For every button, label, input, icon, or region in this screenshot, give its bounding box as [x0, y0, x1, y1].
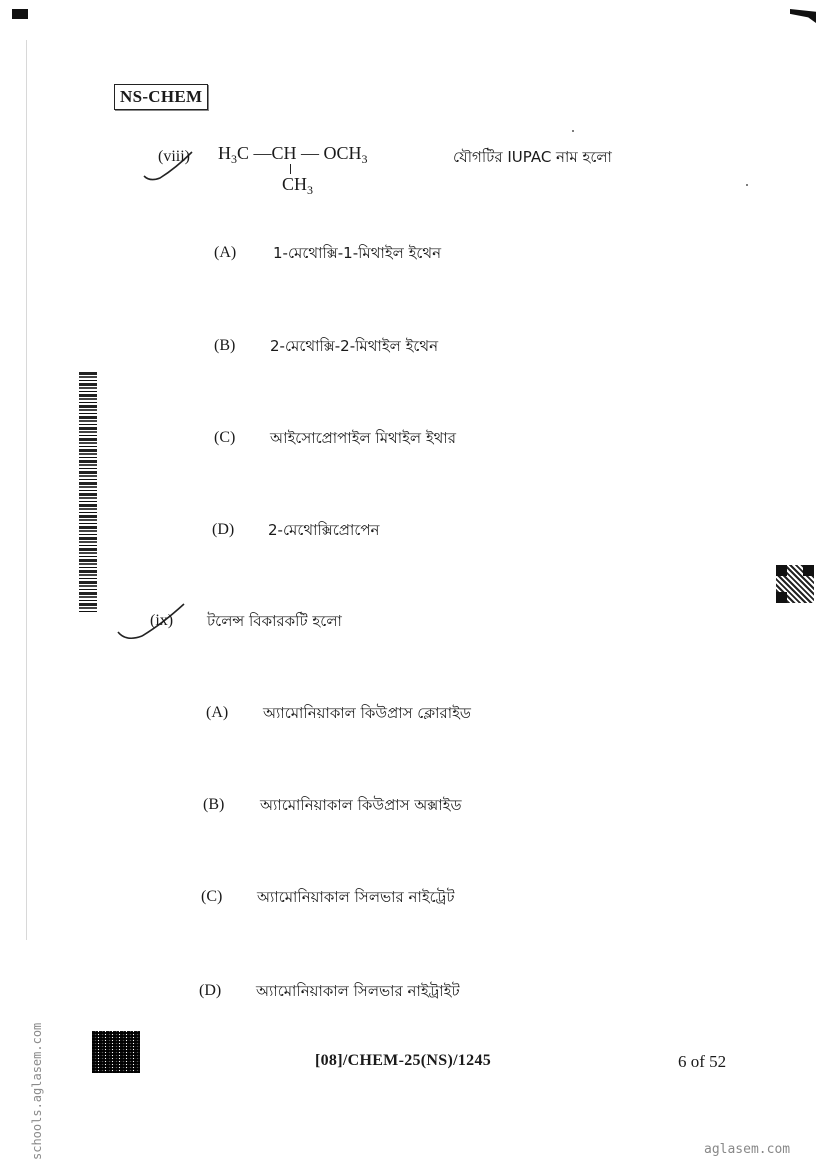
option-label: (B)	[203, 796, 224, 814]
scan-registration-mark	[12, 9, 28, 19]
formula-subscript: 3	[362, 152, 368, 166]
chemical-formula: H3C —CH — OCH3	[218, 143, 368, 164]
watermark-side: schools.aglasem.com	[30, 1023, 44, 1160]
question-stem: টলেন্স বিকারকটি হলো	[207, 610, 342, 635]
option-text: অ্যামোনিয়াকাল সিলভার নাইট্রাইট	[256, 980, 460, 1005]
speck	[746, 184, 748, 186]
option-label: (C)	[201, 888, 222, 906]
formula-text: H	[218, 143, 231, 163]
option-label: (B)	[214, 337, 235, 355]
option-label: (A)	[214, 244, 236, 262]
formula-subscript: 3	[307, 183, 313, 197]
formula-subscript: 3	[231, 152, 237, 166]
option-label: (C)	[214, 429, 235, 447]
qr-code	[776, 565, 814, 603]
scan-registration-mark	[790, 9, 816, 23]
question-number: (ix)	[150, 612, 173, 630]
barcode	[79, 372, 97, 612]
booklet-code: [08]/CHEM-25(NS)/1245	[315, 1052, 491, 1070]
option-text: 1-মেথোক্সি-1-মিথাইল ইথেন	[273, 242, 441, 267]
option-text: আইসোপ্রোপাইল মিথাইল ইথার	[270, 427, 456, 452]
formula-text: CH	[282, 174, 307, 194]
page-indicator: 6 of 52	[678, 1052, 726, 1072]
option-text: অ্যামোনিয়াকাল সিলভার নাইট্রেট	[257, 886, 455, 911]
option-text: অ্যামোনিয়াকাল কিউপ্রাস ক্লোরাইড	[263, 702, 471, 727]
bond-line	[290, 164, 291, 174]
speck	[572, 130, 574, 132]
scan-edge-line	[26, 40, 27, 940]
formula-text: C —CH — OCH	[237, 143, 362, 163]
option-label: (D)	[212, 521, 234, 539]
option-label: (D)	[199, 982, 221, 1000]
question-number: (viii)	[158, 148, 190, 166]
watermark-bottom: aglasem.com	[704, 1142, 790, 1157]
option-label: (A)	[206, 704, 228, 722]
question-stem: যৌগটির IUPAC নাম হলো	[453, 146, 612, 171]
option-text: 2-মেথোক্সি-2-মিথাইল ইথেন	[270, 335, 438, 360]
formula-branch: CH3	[282, 174, 313, 195]
qr-code	[92, 1031, 140, 1073]
paper-code-box: NS-CHEM	[114, 84, 208, 110]
option-text: 2-মেথোক্সিপ্রোপেন	[268, 519, 380, 544]
option-text: অ্যামোনিয়াকাল কিউপ্রাস অক্সাইড	[260, 794, 462, 819]
